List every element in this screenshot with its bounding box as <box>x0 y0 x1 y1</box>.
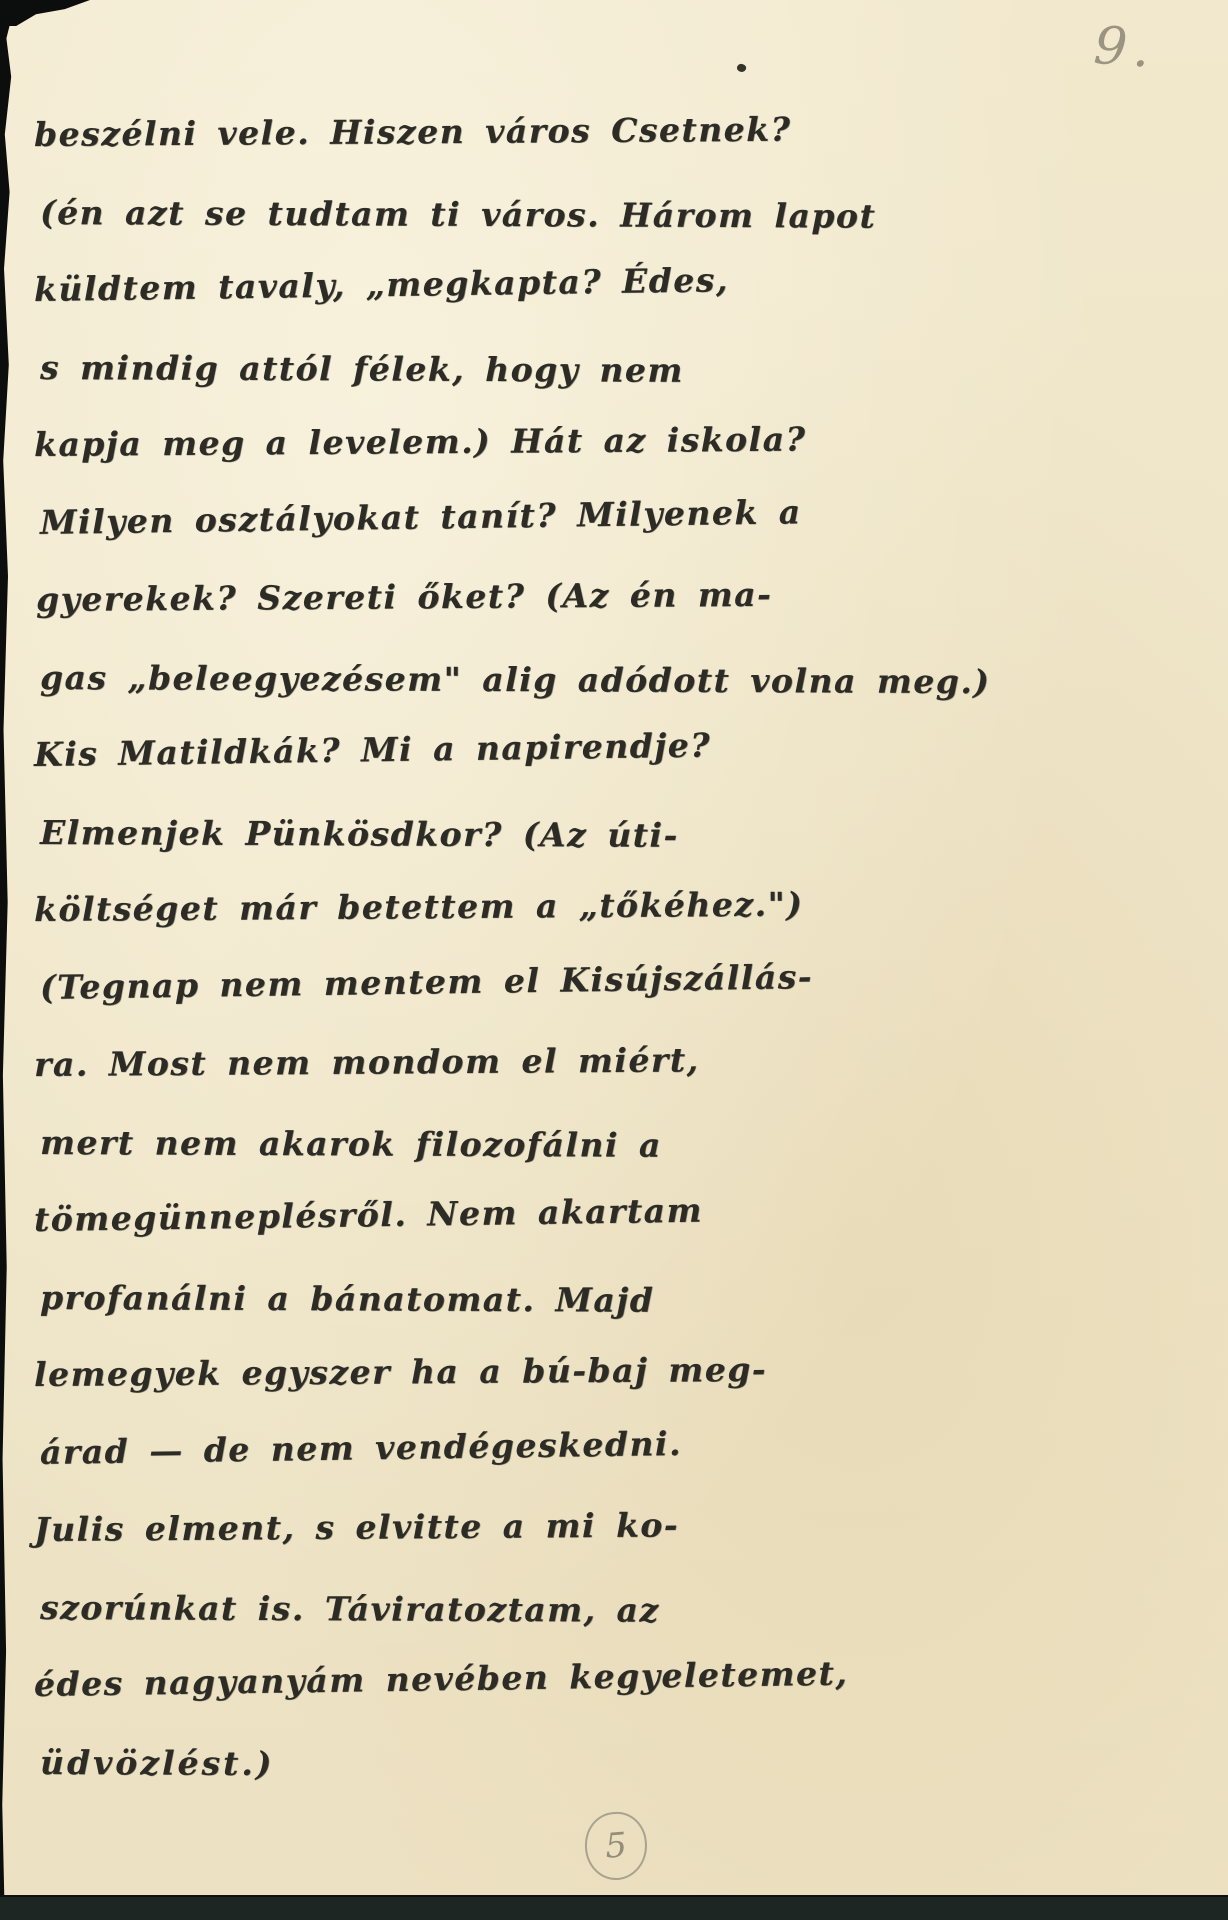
handwritten-line: Milyen osztályokat tanít? Milyenek a <box>33 467 1204 561</box>
handwritten-line: Kis Matildkák? Mi a napirendje? <box>33 700 1204 794</box>
handwritten-line: árad — de nem vendégeskedni. <box>33 1397 1204 1491</box>
scanned-letter-page: 9. beszélni vele. Hiszen város Csetnek? … <box>0 0 1228 1920</box>
handwritten-line: (Tegnap nem mentem el Kisújszállás- <box>33 932 1204 1026</box>
handwritten-line: beszélni vele. Hiszen város Csetnek? <box>34 88 1205 174</box>
scan-edge-left <box>0 0 16 1920</box>
handwritten-line: édes nagyanyám nevében kegyeletemet, <box>33 1630 1204 1724</box>
ink-blot <box>736 62 748 73</box>
handwritten-line: üdvözlést.) <box>34 1724 1204 1807</box>
page-number-pencil: 9. <box>1092 16 1158 80</box>
handwritten-line: ra. Most nem mondom el miért, <box>34 1018 1205 1104</box>
scan-edge-top-left <box>0 0 90 26</box>
handwritten-line: tömegünneplésről. Nem akartam <box>33 1165 1204 1259</box>
handwritten-line: küldtem tavaly, „megkapta? Édes, <box>33 235 1204 329</box>
sheet-number-circled-pencil: 5 <box>583 1810 650 1882</box>
handwritten-line: gyerekek? Szereti őket? (Az én ma- <box>34 553 1205 639</box>
handwritten-text-block: beszélni vele. Hiszen város Csetnek? (én… <box>34 96 1204 1801</box>
scan-edge-bottom <box>0 1895 1228 1920</box>
handwritten-line: Julis elment, s elvitte a mi ko- <box>34 1483 1205 1569</box>
